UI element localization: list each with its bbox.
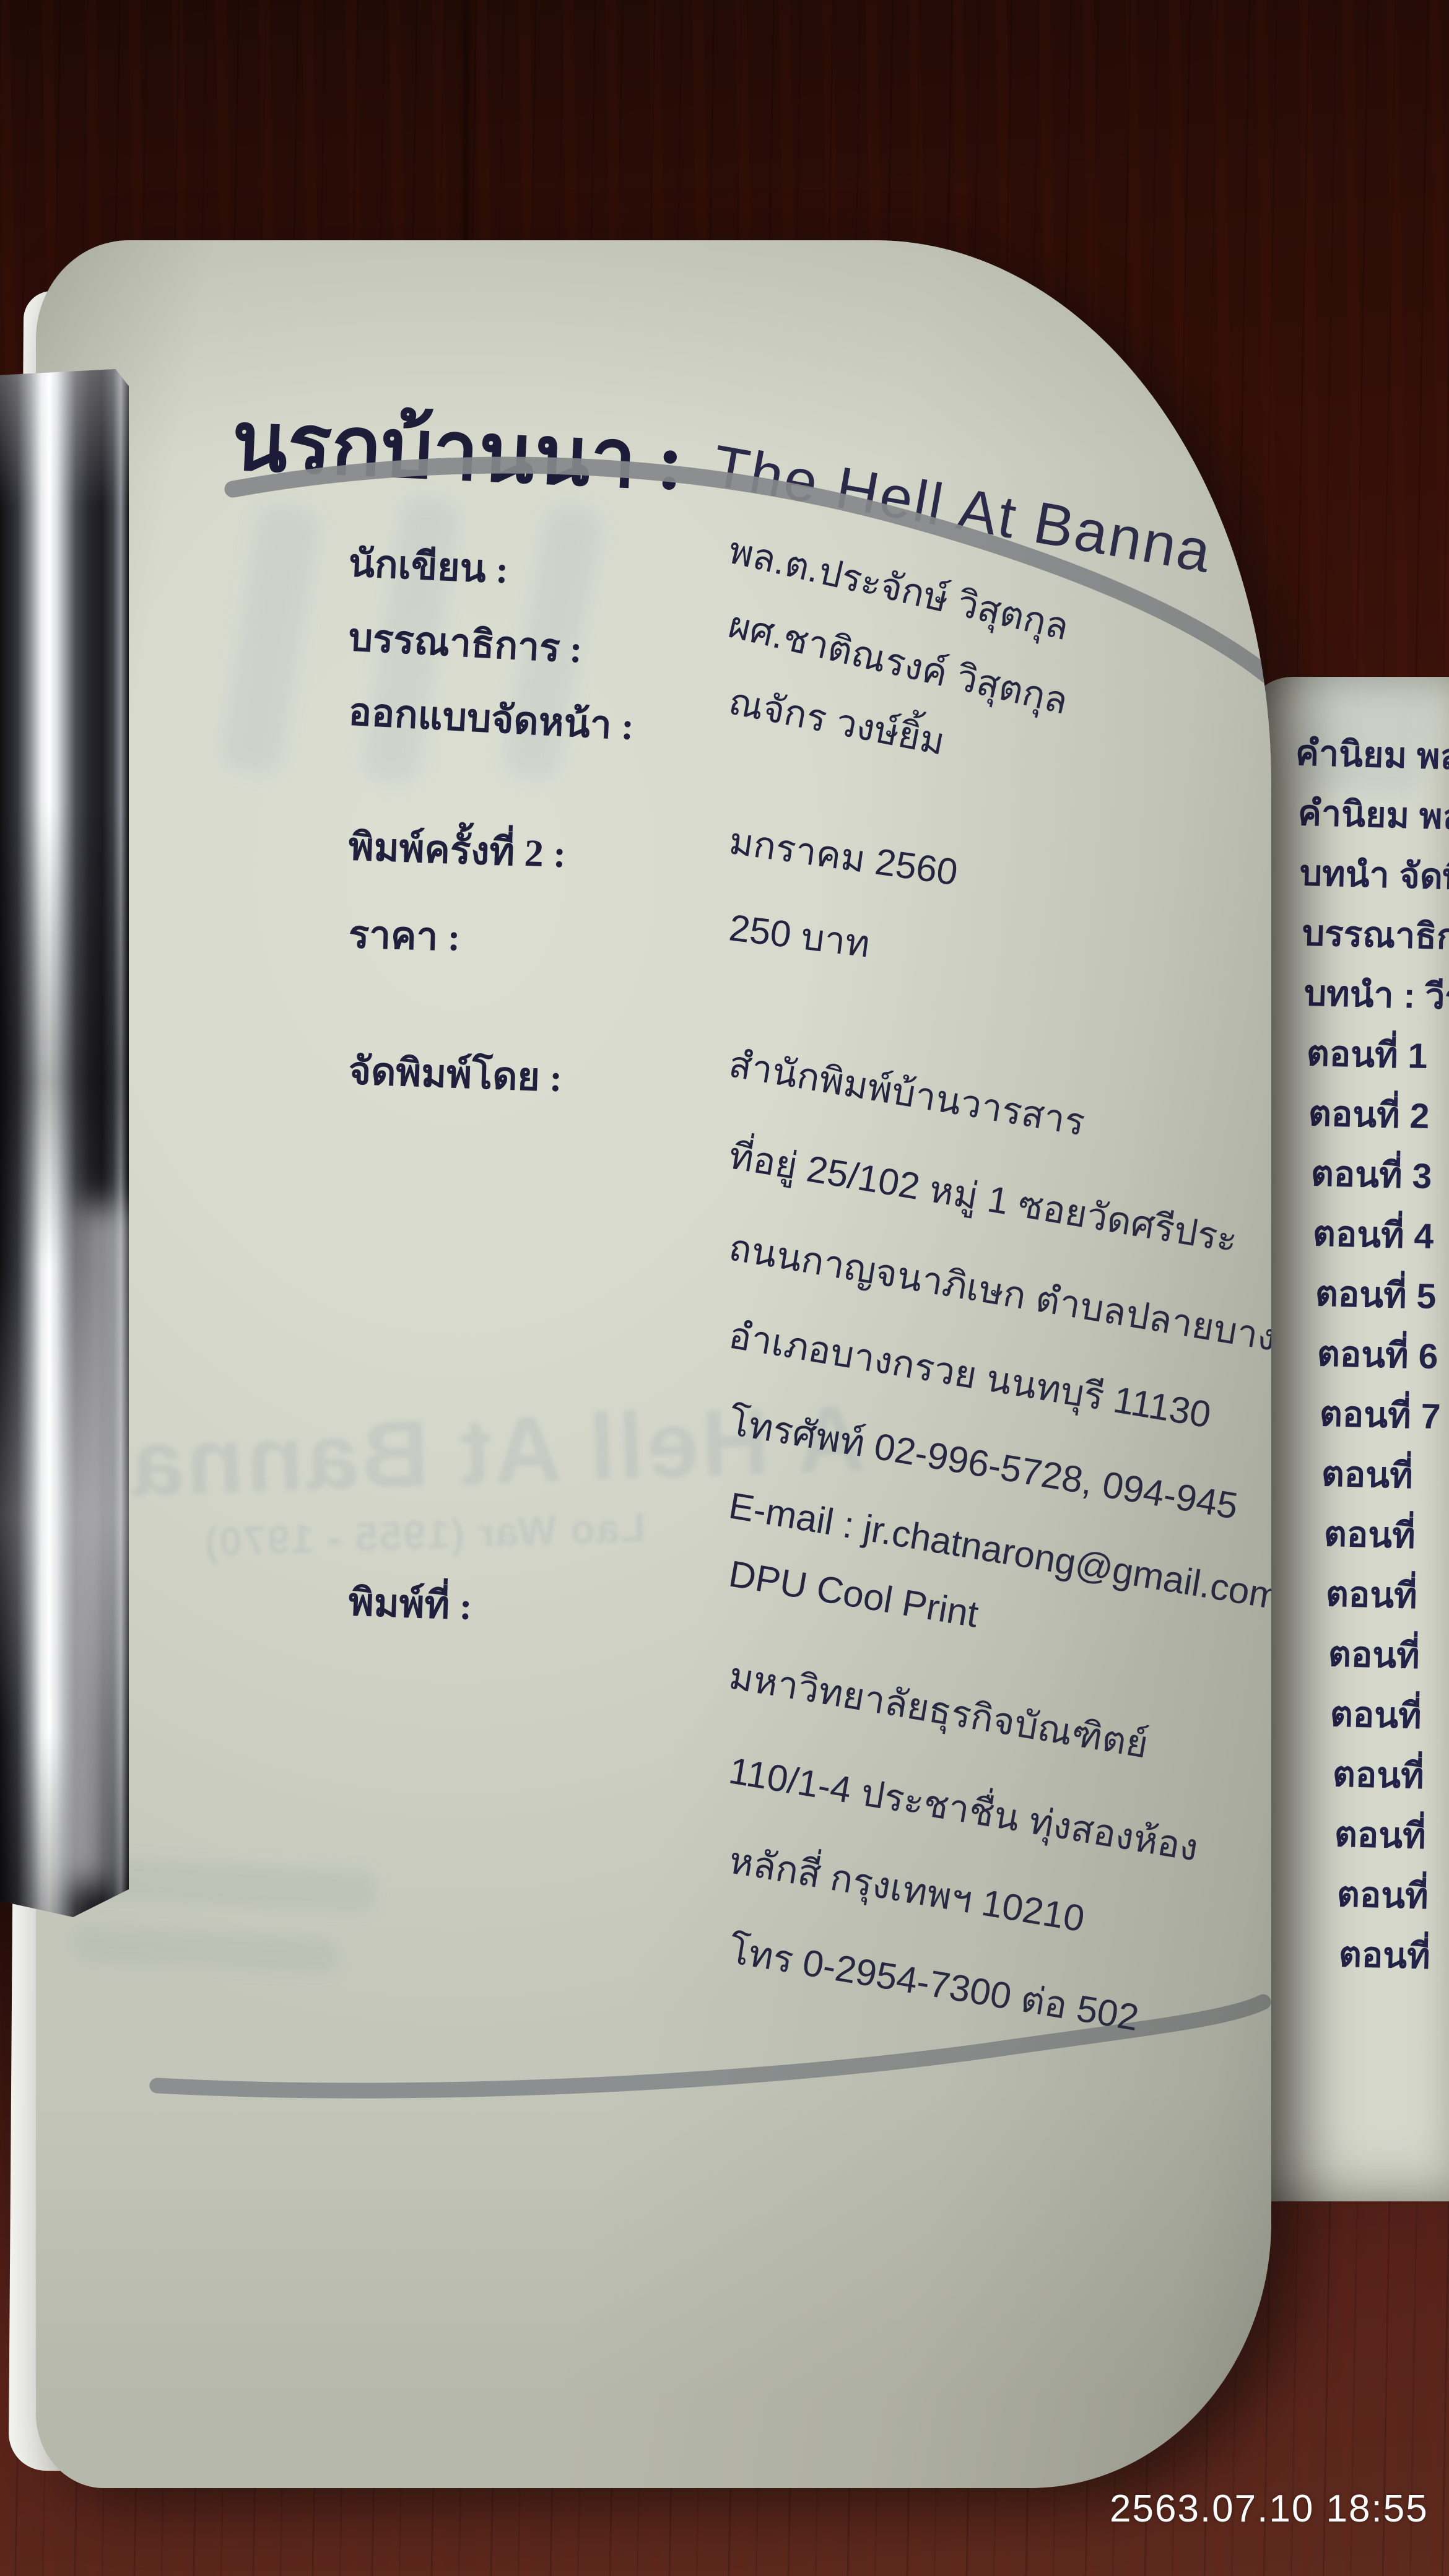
toc-entry: ตอนที่ [1338,1926,1431,1985]
toc-entry: คำนิยม พล. [1297,785,1449,845]
toc-entry: ตอนที่ 6 [1316,1326,1439,1385]
toc-entry: ตอนที่ 2 [1308,1086,1430,1144]
toc-entry: บทนำ จัดพิมพ์ [1299,845,1449,907]
page-curvature-shading [36,240,1271,2488]
toc-entry: คำนิยม พล. [1295,725,1449,785]
toc-entry: ตอนที่ 5 [1314,1266,1437,1325]
toc-entry: ตอนที่ [1331,1746,1424,1804]
toc-entry: ตอนที่ [1334,1806,1427,1865]
right-page-toc: คำนิยม พล.คำนิยม พล.บทนำ จัดพิมพ์บรรณาธิ… [1243,677,1449,2201]
toc-entry: บทนำ : วีรชน [1303,965,1449,1027]
photo-scene: คำนิยม พล.คำนิยม พล.บทนำ จัดพิมพ์บรรณาธิ… [0,0,1449,2576]
toc-entry: ตอนที่ [1323,1506,1416,1564]
toc-entry: ตอนที่ 1 [1305,1025,1428,1084]
toc-entry: บรรณาธิการ [1301,905,1449,966]
toc-entry: ตอนที่ 4 [1312,1206,1435,1264]
toc-entry: ตอนที่ [1329,1686,1422,1744]
toc-entry: ตอนที่ [1321,1446,1414,1504]
left-page-colophon: A Hell At Banna Lao War (1955 - 1970) นร… [36,240,1271,2488]
toc-entry: ตอนที่ [1336,1866,1429,1925]
camera-timestamp: 2563.07.10 18:55 [1110,2487,1429,2531]
toc-entry: ตอนที่ [1325,1566,1418,1624]
toc-entry: ตอนที่ [1327,1626,1420,1684]
toc-entry: ตอนที่ 7 [1318,1386,1441,1445]
binder-clip [0,369,129,1917]
toc-entry: ตอนที่ 3 [1310,1146,1432,1204]
wood-grain-seam [463,0,469,266]
